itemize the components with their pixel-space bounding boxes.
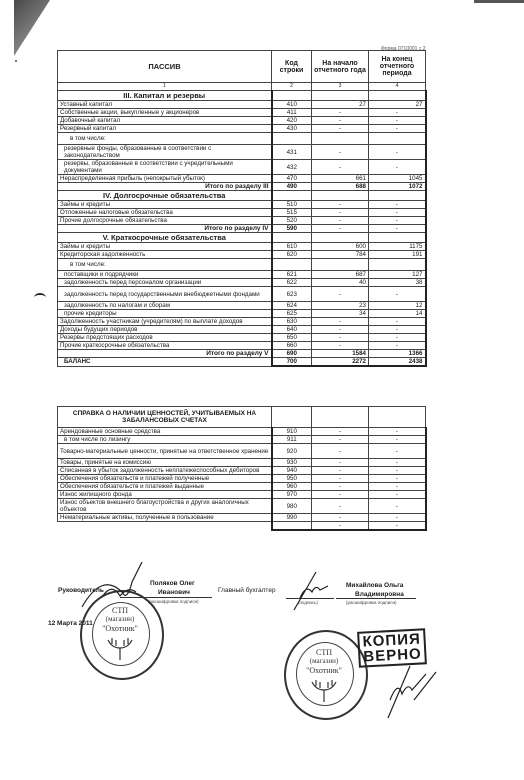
row-value-end: - bbox=[369, 326, 426, 334]
stamp-line-2: (магазин) bbox=[296, 657, 352, 665]
row-code: 520 bbox=[272, 217, 312, 225]
row-label: прочие кредиторы bbox=[58, 310, 272, 318]
row-label: Задолженность участникам (учредителям) п… bbox=[58, 318, 272, 326]
row-code: 960 bbox=[272, 483, 312, 491]
balance-code: 700 bbox=[272, 358, 312, 367]
row-code: 410 bbox=[272, 101, 312, 109]
row-value-end: - bbox=[369, 145, 426, 160]
stamp-line-3: "Охотник" bbox=[88, 624, 152, 633]
balance-row: БАЛАНС70022722438 bbox=[58, 358, 426, 367]
row-label: задолженность перед персоналом организац… bbox=[58, 279, 272, 287]
row-value-start: - bbox=[312, 217, 369, 225]
row-label: Износ жилищного фонда bbox=[58, 491, 272, 499]
row-value-start: - bbox=[312, 475, 369, 483]
empty-cell bbox=[369, 233, 426, 243]
row-code: 930 bbox=[272, 459, 312, 467]
table-row: Списанная в убыток задолженность неплате… bbox=[58, 467, 426, 475]
row-value-end: - bbox=[369, 342, 426, 350]
row-code: 650 bbox=[272, 334, 312, 342]
certifier-signature-icon bbox=[380, 660, 440, 720]
empty-cell bbox=[272, 191, 312, 201]
balance-start: 2272 bbox=[312, 358, 369, 367]
table-row: Прочие краткосрочные обязательства660-- bbox=[58, 342, 426, 350]
empty-cell bbox=[272, 407, 312, 428]
offbalance-title: СПРАВКА О НАЛИЧИИ ЦЕННОСТЕЙ, УЧИТЫВАЕМЫХ… bbox=[58, 407, 272, 428]
section-total-row: Итого по разделу IV590-- bbox=[58, 225, 426, 233]
table-row: Собственные акции, выкупленные у акционе… bbox=[58, 109, 426, 117]
row-label: Прочие долгосрочные обязательства bbox=[58, 217, 272, 225]
table-row: резервы, образованные в соответствии с у… bbox=[58, 160, 426, 175]
header-row: ПАССИВ Код строки На начало отчетного го… bbox=[58, 51, 426, 83]
accountant-signature-icon bbox=[286, 570, 336, 615]
table-row: Займы и кредиты6106001175 bbox=[58, 243, 426, 251]
row-value-end bbox=[369, 259, 426, 271]
empty-cell bbox=[312, 407, 369, 428]
total-label: Итого по разделу III bbox=[58, 183, 272, 191]
row-value-start: - bbox=[312, 209, 369, 217]
table-row: поставщики и подрядчики621687127 bbox=[58, 271, 426, 279]
row-value-start: - bbox=[312, 342, 369, 350]
row-value-end: 14 bbox=[369, 310, 426, 318]
table-row: Износ жилищного фонда970-- bbox=[58, 491, 426, 499]
scan-corner-shadow bbox=[14, 0, 50, 56]
passive-table: ПАССИВ Код строки На начало отчетного го… bbox=[57, 50, 427, 367]
row-label: Кредиторская задолженность bbox=[58, 251, 272, 259]
row-label: задолженность перед государственными вне… bbox=[58, 287, 272, 302]
row-value-end: - bbox=[369, 117, 426, 125]
offbalance-table: СПРАВКА О НАЛИЧИИ ЦЕННОСТЕЙ, УЧИТЫВАЕМЫХ… bbox=[57, 406, 427, 531]
row-value-end: - bbox=[369, 499, 426, 514]
row-code: 432 bbox=[272, 160, 312, 175]
row-value-start: - bbox=[312, 109, 369, 117]
offbalance-header-row: СПРАВКА О НАЛИЧИИ ЦЕННОСТЕЙ, УЧИТЫВАЕМЫХ… bbox=[58, 407, 426, 428]
row-label: в том числе по лизингу bbox=[58, 436, 272, 444]
balance-end: 2438 bbox=[369, 358, 426, 367]
row-code: 950 bbox=[272, 475, 312, 483]
row-label: Резервы предстоящих расходов bbox=[58, 334, 272, 342]
empty-cell bbox=[272, 91, 312, 101]
row-value-start: 34 bbox=[312, 310, 369, 318]
row-code: 610 bbox=[272, 243, 312, 251]
row-code: 990 bbox=[272, 514, 312, 522]
row-value-end bbox=[369, 133, 426, 145]
total-end: 1366 bbox=[369, 350, 426, 358]
table-row: в том числе: bbox=[58, 133, 426, 145]
row-value-start: - bbox=[312, 522, 369, 531]
row-code: 430 bbox=[272, 125, 312, 133]
row-value-start: - bbox=[312, 145, 369, 160]
row-value-start: - bbox=[312, 514, 369, 522]
row-value-start: - bbox=[312, 428, 369, 436]
row-value-start: - bbox=[312, 491, 369, 499]
row-value-end: 1045 bbox=[369, 175, 426, 183]
table-row: задолженность по налогам и сборам6242312 bbox=[58, 302, 426, 310]
table-row: Отложенные налоговые обязательства515-- bbox=[58, 209, 426, 217]
director-name-2: Иванович bbox=[158, 589, 190, 596]
row-label: задолженность по налогам и сборам bbox=[58, 302, 272, 310]
row-value-end: - bbox=[369, 436, 426, 444]
row-value-end: 1175 bbox=[369, 243, 426, 251]
table-row: Износ объектов внешнего благоустройства … bbox=[58, 499, 426, 514]
accountant-name-2: Владимировна bbox=[355, 591, 404, 598]
table-row: Обеспечения обязательств и платежей полу… bbox=[58, 475, 426, 483]
passive-table-body: III. Капитал и резервыУставный капитал41… bbox=[58, 91, 426, 367]
total-start: 688 bbox=[312, 183, 369, 191]
row-label: Списанная в убыток задолженность неплате… bbox=[58, 467, 272, 475]
table-row: Уставный капитал4102727 bbox=[58, 101, 426, 109]
table-row: Задолженность участникам (учредителям) п… bbox=[58, 318, 426, 326]
offbalance-table-body: СПРАВКА О НАЛИЧИИ ЦЕННОСТЕЙ, УЧИТЫВАЕМЫХ… bbox=[58, 407, 426, 531]
row-label bbox=[58, 522, 272, 531]
row-value-end: - bbox=[369, 491, 426, 499]
row-code: 980 bbox=[272, 499, 312, 514]
table-row: Резервы предстоящих расходов650-- bbox=[58, 334, 426, 342]
row-label: Товарно-материальные ценности, принятые … bbox=[58, 444, 272, 459]
section-header-row: IV. Долгосрочные обязательства bbox=[58, 191, 426, 201]
row-value-end: 127 bbox=[369, 271, 426, 279]
section-header-row: V. Краткосрочные обязательства bbox=[58, 233, 426, 243]
stamp-line-2: (магазин) bbox=[92, 615, 148, 623]
total-start: 1584 bbox=[312, 350, 369, 358]
table-row: Нематериальные активы, полученные в поль… bbox=[58, 514, 426, 522]
colnum-3: 3 bbox=[312, 83, 369, 91]
row-code: 623 bbox=[272, 287, 312, 302]
row-label: в том числе: bbox=[58, 259, 272, 271]
table-row: Резервный капитал430-- bbox=[58, 125, 426, 133]
section-header-row: III. Капитал и резервы bbox=[58, 91, 426, 101]
row-value-start: - bbox=[312, 125, 369, 133]
row-value-start: 27 bbox=[312, 101, 369, 109]
table-row: задолженность перед государственными вне… bbox=[58, 287, 426, 302]
row-value-end: - bbox=[369, 287, 426, 302]
total-end: - bbox=[369, 225, 426, 233]
table-row: Займы и кредиты510-- bbox=[58, 201, 426, 209]
table-row: Нераспределенная прибыль (непокрытый убы… bbox=[58, 175, 426, 183]
accountant-name-1: Михайлова Ольга bbox=[346, 582, 403, 589]
table-row: задолженность перед персоналом организац… bbox=[58, 279, 426, 287]
row-code: 625 bbox=[272, 310, 312, 318]
row-value-end: - bbox=[369, 160, 426, 175]
row-value-start: - bbox=[312, 436, 369, 444]
row-value-start: - bbox=[312, 160, 369, 175]
table-row: Прочие долгосрочные обязательства520-- bbox=[58, 217, 426, 225]
director-signature-icon bbox=[72, 562, 162, 612]
row-code: 515 bbox=[272, 209, 312, 217]
row-value-end: - bbox=[369, 217, 426, 225]
empty-cell bbox=[312, 233, 369, 243]
antlers-emblem-icon bbox=[104, 634, 136, 662]
row-label: поставщики и подрядчики bbox=[58, 271, 272, 279]
row-value-end: - bbox=[369, 209, 426, 217]
row-value-start: - bbox=[312, 287, 369, 302]
row-code: 470 bbox=[272, 175, 312, 183]
row-value-start: - bbox=[312, 444, 369, 459]
row-code bbox=[272, 259, 312, 271]
table-row: Добавочный капитал420-- bbox=[58, 117, 426, 125]
balance-label: БАЛАНС bbox=[58, 358, 272, 367]
scan-speck bbox=[15, 60, 17, 62]
empty-cell bbox=[369, 191, 426, 201]
row-code: 660 bbox=[272, 342, 312, 350]
row-code bbox=[272, 522, 312, 531]
table-row: в том числе: bbox=[58, 259, 426, 271]
table-row: Доходы будущих периодов640-- bbox=[58, 326, 426, 334]
row-value-start: - bbox=[312, 467, 369, 475]
row-value-end: - bbox=[369, 444, 426, 459]
table-row: в том числе по лизингу911-- bbox=[58, 436, 426, 444]
row-value-end: - bbox=[369, 334, 426, 342]
row-code: 920 bbox=[272, 444, 312, 459]
row-value-start bbox=[312, 259, 369, 271]
row-value-end: - bbox=[369, 125, 426, 133]
row-label: Отложенные налоговые обязательства bbox=[58, 209, 272, 217]
total-code: 690 bbox=[272, 350, 312, 358]
total-label: Итого по разделу IV bbox=[58, 225, 272, 233]
row-label: Товары, принятые на комиссию bbox=[58, 459, 272, 467]
row-code: 411 bbox=[272, 109, 312, 117]
row-value-end: - bbox=[369, 201, 426, 209]
row-label: Собственные акции, выкупленные у акционе… bbox=[58, 109, 272, 117]
scan-edge-mark bbox=[474, 0, 524, 3]
colnum-4: 4 bbox=[369, 83, 426, 91]
row-label: Обеспечения обязательств и платежей выда… bbox=[58, 483, 272, 491]
accountant-label: Главный бухгалтер bbox=[218, 587, 276, 594]
accountant-caption: (расшифровка подписи) bbox=[346, 600, 396, 605]
row-value-start: - bbox=[312, 117, 369, 125]
section-title: IV. Долгосрочные обязательства bbox=[58, 191, 272, 201]
stamp-line-3: "Охотник" bbox=[292, 666, 356, 675]
row-value-start bbox=[312, 133, 369, 145]
row-code: 420 bbox=[272, 117, 312, 125]
row-value-start: - bbox=[312, 334, 369, 342]
row-value-end: - bbox=[369, 109, 426, 117]
row-value-end: 27 bbox=[369, 101, 426, 109]
row-code: 910 bbox=[272, 428, 312, 436]
hole-punch-mark bbox=[34, 293, 46, 302]
row-value-start: - bbox=[312, 318, 369, 326]
row-value-end: 38 bbox=[369, 279, 426, 287]
row-value-end: 12 bbox=[369, 302, 426, 310]
row-label: Прочие краткосрочные обязательства bbox=[58, 342, 272, 350]
row-label: Нематериальные активы, полученные в поль… bbox=[58, 514, 272, 522]
row-code: 621 bbox=[272, 271, 312, 279]
empty-cell bbox=[312, 91, 369, 101]
total-start: - bbox=[312, 225, 369, 233]
row-value-start: - bbox=[312, 326, 369, 334]
row-label: резервы, образованные в соответствии с у… bbox=[58, 160, 272, 175]
table-row: Товарно-материальные ценности, принятые … bbox=[58, 444, 426, 459]
row-value-start: 687 bbox=[312, 271, 369, 279]
row-code: 431 bbox=[272, 145, 312, 160]
stamp-line-1: СТП bbox=[296, 648, 352, 657]
accountant-name-line bbox=[336, 598, 416, 599]
row-value-end: - bbox=[369, 428, 426, 436]
row-label: Нераспределенная прибыль (непокрытый убы… bbox=[58, 175, 272, 183]
row-code: 911 bbox=[272, 436, 312, 444]
row-value-end: - bbox=[369, 467, 426, 475]
column-number-row: 1 2 3 4 bbox=[58, 83, 426, 91]
row-code: 622 bbox=[272, 279, 312, 287]
row-value-start: - bbox=[312, 499, 369, 514]
table-row: Арендованные основные средства910-- bbox=[58, 428, 426, 436]
row-value-end: - bbox=[369, 483, 426, 491]
table-row: резервные фонды, образованные в соответс… bbox=[58, 145, 426, 160]
header-passive: ПАССИВ bbox=[58, 51, 272, 83]
row-value-start: - bbox=[312, 201, 369, 209]
row-label: Займы и кредиты bbox=[58, 243, 272, 251]
row-value-start: 600 bbox=[312, 243, 369, 251]
row-value-start: 23 bbox=[312, 302, 369, 310]
row-value-end: - bbox=[369, 514, 426, 522]
row-value-end: - bbox=[369, 522, 426, 531]
section-total-row: Итого по разделу V69015841366 bbox=[58, 350, 426, 358]
row-code: 640 bbox=[272, 326, 312, 334]
row-code: 970 bbox=[272, 491, 312, 499]
row-label: Резервный капитал bbox=[58, 125, 272, 133]
row-value-end: - bbox=[369, 318, 426, 326]
total-end: 1072 bbox=[369, 183, 426, 191]
row-label: Износ объектов внешнего благоустройства … bbox=[58, 499, 272, 514]
row-code: 624 bbox=[272, 302, 312, 310]
row-code: 510 bbox=[272, 201, 312, 209]
row-label: Займы и кредиты bbox=[58, 201, 272, 209]
total-code: 590 bbox=[272, 225, 312, 233]
row-value-end: - bbox=[369, 459, 426, 467]
row-label: Доходы будущих периодов bbox=[58, 326, 272, 334]
empty-cell bbox=[272, 233, 312, 243]
total-label: Итого по разделу V bbox=[58, 350, 272, 358]
row-value-start: 40 bbox=[312, 279, 369, 287]
header-start: На начало отчетного года bbox=[312, 51, 369, 83]
colnum-2: 2 bbox=[272, 83, 312, 91]
table-row: Товары, принятые на комиссию930-- bbox=[58, 459, 426, 467]
row-label: Уставный капитал bbox=[58, 101, 272, 109]
row-value-start: - bbox=[312, 459, 369, 467]
row-code: 630 bbox=[272, 318, 312, 326]
row-label: в том числе: bbox=[58, 133, 272, 145]
row-value-start: 784 bbox=[312, 251, 369, 259]
row-label: Арендованные основные средства bbox=[58, 428, 272, 436]
row-value-start: 661 bbox=[312, 175, 369, 183]
table-row: прочие кредиторы6253414 bbox=[58, 310, 426, 318]
total-code: 490 bbox=[272, 183, 312, 191]
row-value-end: - bbox=[369, 475, 426, 483]
row-label: Обеспечения обязательств и платежей полу… bbox=[58, 475, 272, 483]
row-code: 940 bbox=[272, 467, 312, 475]
empty-cell bbox=[369, 407, 426, 428]
section-title: V. Краткосрочные обязательства bbox=[58, 233, 272, 243]
header-code: Код строки bbox=[272, 51, 312, 83]
header-end: На конец отчетного периода bbox=[369, 51, 426, 83]
empty-cell bbox=[369, 91, 426, 101]
empty-cell bbox=[312, 191, 369, 201]
row-label: Добавочный капитал bbox=[58, 117, 272, 125]
section-total-row: Итого по разделу III4906881072 bbox=[58, 183, 426, 191]
row-code bbox=[272, 133, 312, 145]
colnum-1: 1 bbox=[58, 83, 272, 91]
table-row: -- bbox=[58, 522, 426, 531]
row-value-start: - bbox=[312, 483, 369, 491]
row-value-end: 191 bbox=[369, 251, 426, 259]
section-title: III. Капитал и резервы bbox=[58, 91, 272, 101]
antlers-emblem-icon bbox=[308, 676, 340, 704]
table-row: Кредиторская задолженность620784191 bbox=[58, 251, 426, 259]
row-label: резервные фонды, образованные в соответс… bbox=[58, 145, 272, 160]
row-code: 620 bbox=[272, 251, 312, 259]
table-row: Обеспечения обязательств и платежей выда… bbox=[58, 483, 426, 491]
